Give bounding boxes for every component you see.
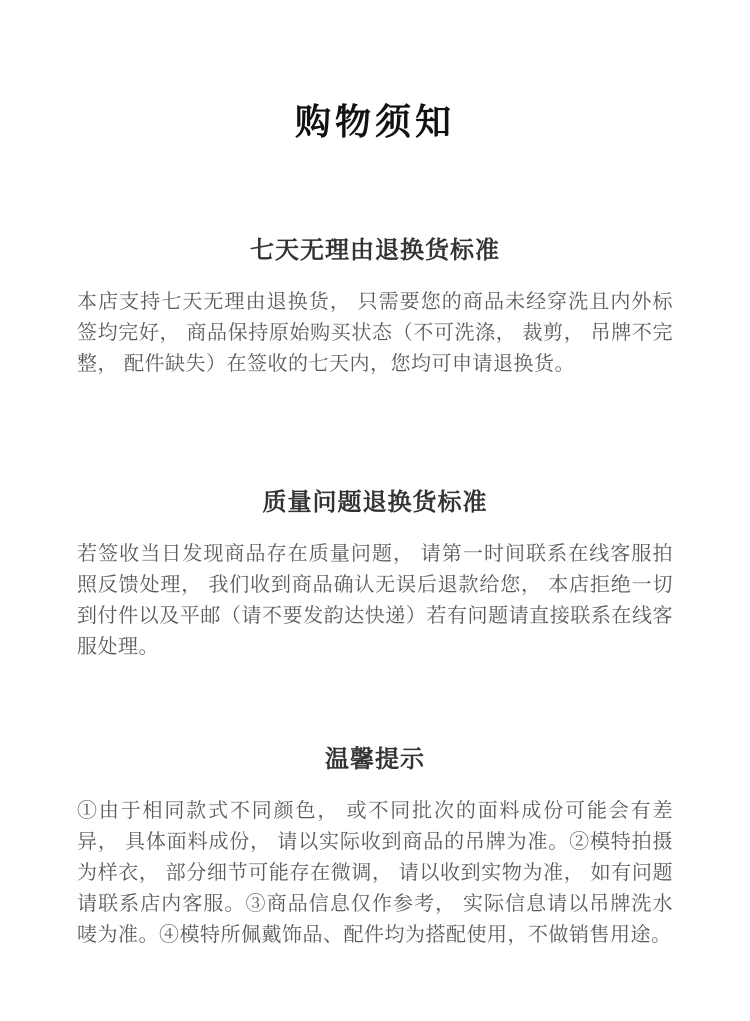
shopping-notice-page: 购物须知 七天无理由退换货标准 本店支持七天无理由退换货， 只需要您的商品未经穿… (0, 0, 750, 1021)
section-heading-quality-issue-return: 质量问题退换货标准 (77, 491, 673, 515)
section-heading-warm-tips: 温馨提示 (77, 748, 673, 772)
section-heading-seven-day-return: 七天无理由退换货标准 (77, 239, 673, 263)
section-seven-day-return: 七天无理由退换货标准 本店支持七天无理由退换货， 只需要您的商品未经穿洗且内外标… (77, 239, 673, 380)
page-title: 购物须知 (77, 0, 673, 140)
section-warm-tips: 温馨提示 ①由于相同款式不同颜色， 或不同批次的面料成份可能会有差异， 具体面料… (77, 748, 673, 951)
section-body-quality-issue-return: 若签收当日发现商品存在质量问题， 请第一时间联系在线客服拍照反馈处理， 我们收到… (77, 539, 673, 663)
section-body-warm-tips: ①由于相同款式不同颜色， 或不同批次的面料成份可能会有差异， 具体面料成份， 请… (77, 796, 673, 951)
section-quality-issue-return: 质量问题退换货标准 若签收当日发现商品存在质量问题， 请第一时间联系在线客服拍照… (77, 491, 673, 663)
section-body-seven-day-return: 本店支持七天无理由退换货， 只需要您的商品未经穿洗且内外标签均完好， 商品保持原… (77, 287, 673, 380)
